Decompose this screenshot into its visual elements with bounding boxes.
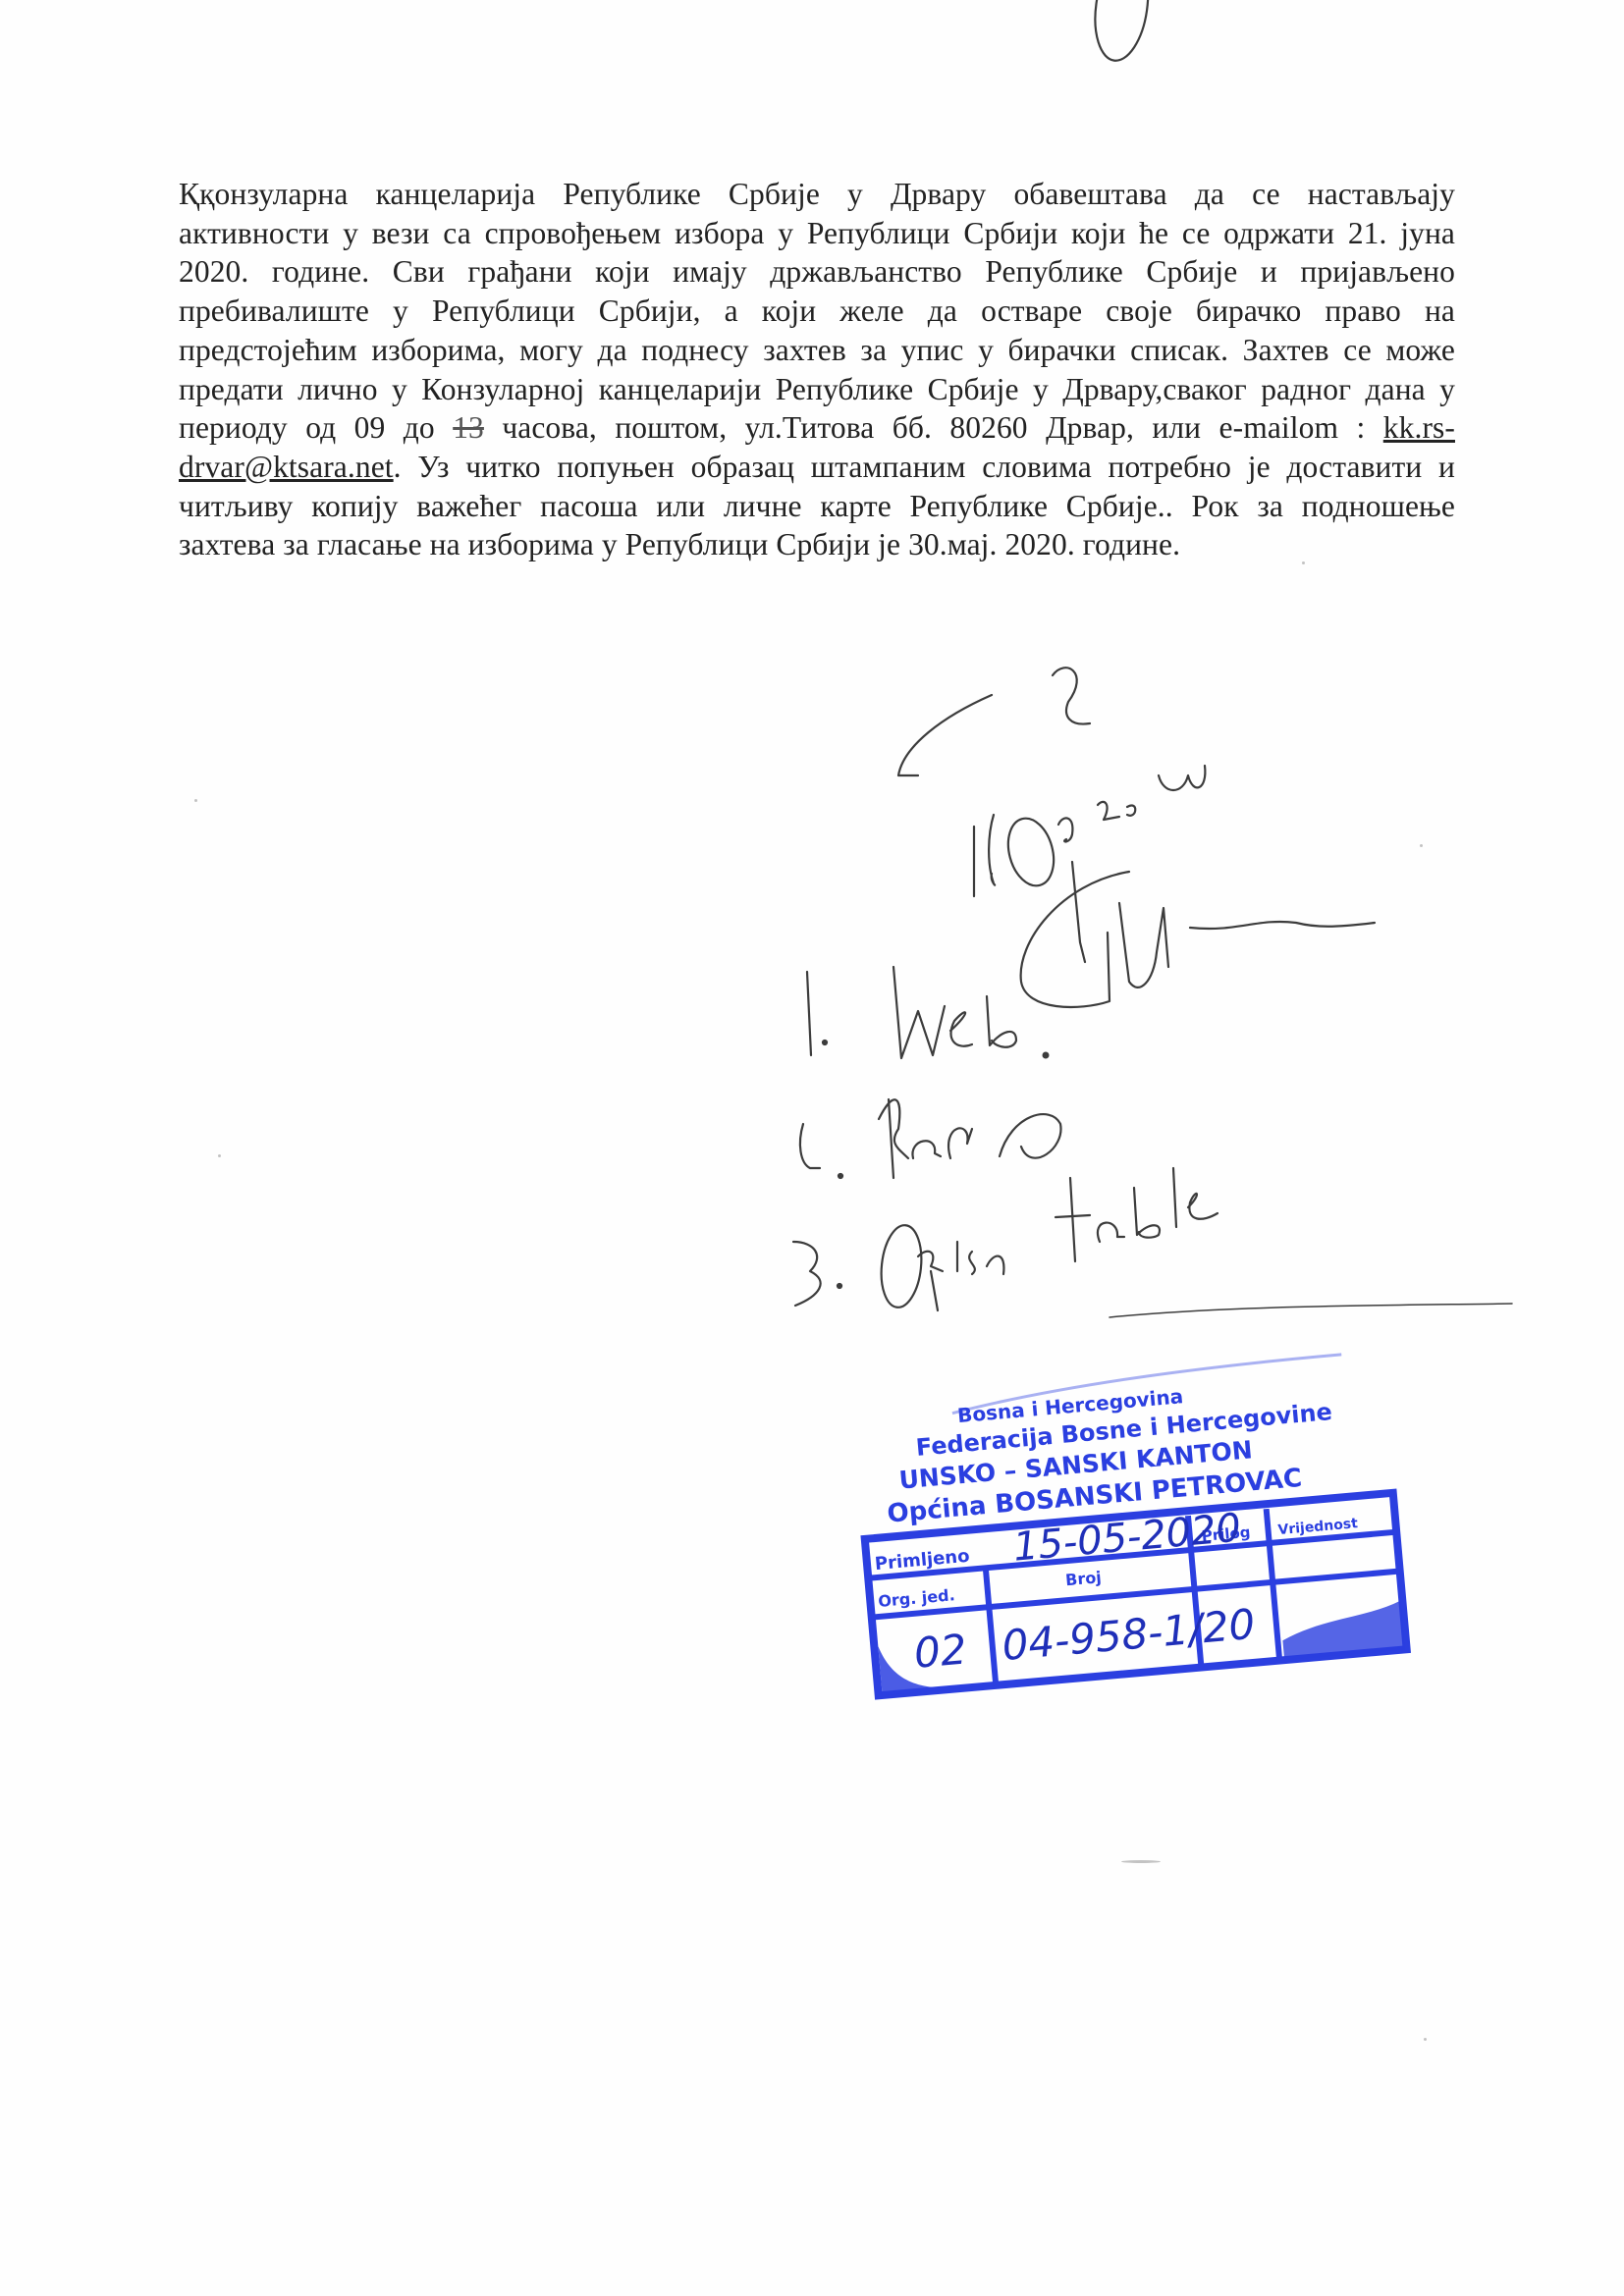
paragraph-line-4: пребивалиште у Републици Србији, а који … — [179, 292, 1455, 331]
email-link-part1[interactable]: kk.rs- — [1383, 410, 1455, 445]
paragraph-line-8: drvar@ktsara.net. Уз читко попуњен образ… — [179, 448, 1455, 487]
paragraph-line-6: предати лично у Конзуларној канцеларији … — [179, 370, 1455, 409]
stamp-col-value: Vrijednost — [1277, 1516, 1359, 1538]
paragraph-line-2: активности у вези са спровођењем избора … — [179, 214, 1455, 253]
line8-text-after: . Уз читко попуњен образац штампаним сло… — [394, 450, 1455, 484]
paragraph-line-9: читљиву копију важећег пасоша или личне … — [179, 487, 1455, 526]
scan-speck — [1121, 1860, 1161, 1863]
line7-text-before: периоду од 09 до — [179, 410, 453, 445]
paragraph-line-1: Ққонзуларна канцеларија Републике Србије… — [179, 175, 1455, 214]
stamp-line-1: Bosna i Hercegovina — [956, 1384, 1184, 1427]
stamp-received-date: 15-05-2020 — [1011, 1506, 1243, 1571]
announcement-paragraph: Ққонзуларна канцеларија Републике Србије… — [179, 175, 1455, 564]
stamp-col-org: Org. jed. — [878, 1585, 956, 1611]
struck-hour: 13 — [453, 410, 484, 445]
stamp-col-attachment: Prilog — [1201, 1523, 1251, 1545]
stamp-received-label: Primljeno — [874, 1546, 970, 1575]
paragraph-line-5: предстојећим изборима, могу да поднесу з… — [179, 331, 1455, 370]
scan-speck — [1302, 561, 1305, 564]
scan-speck — [194, 799, 197, 802]
stamp-line-4: Općina BOSANSKI PETROVAC — [886, 1464, 1303, 1529]
scan-speck — [1420, 844, 1423, 847]
stamp-line-2: Federacija Bosne i Hercegovine — [915, 1398, 1333, 1462]
scan-speck — [218, 1154, 221, 1157]
stamp-line-3: UNSKO – SANSKI KANTON — [897, 1435, 1253, 1494]
paragraph-line-10: захтева за гласање на изборима у Републи… — [179, 525, 1455, 564]
scan-speck — [1424, 2038, 1427, 2041]
registry-stamp: Bosna i Hercegovina Federacija Bosne i H… — [852, 1351, 1407, 1695]
stamp-org-value: 02 — [912, 1625, 969, 1677]
paragraph-line-3: 2020. године. Сви грађани који имају држ… — [179, 252, 1455, 292]
stamp-number-value: 04-958-1/20 — [1001, 1600, 1258, 1670]
email-link-part2[interactable]: drvar@ktsara.net — [179, 450, 394, 484]
paragraph-line-7: периоду од 09 до 13 часова, поштом, ул.Т… — [179, 408, 1455, 448]
stamp-col-number: Broj — [1064, 1568, 1102, 1589]
scanned-page: Ққонзуларна канцеларија Републике Србије… — [0, 0, 1624, 2296]
line7-text-after: часова, поштом, ул.Титова бб. 80260 Дрва… — [484, 410, 1383, 445]
